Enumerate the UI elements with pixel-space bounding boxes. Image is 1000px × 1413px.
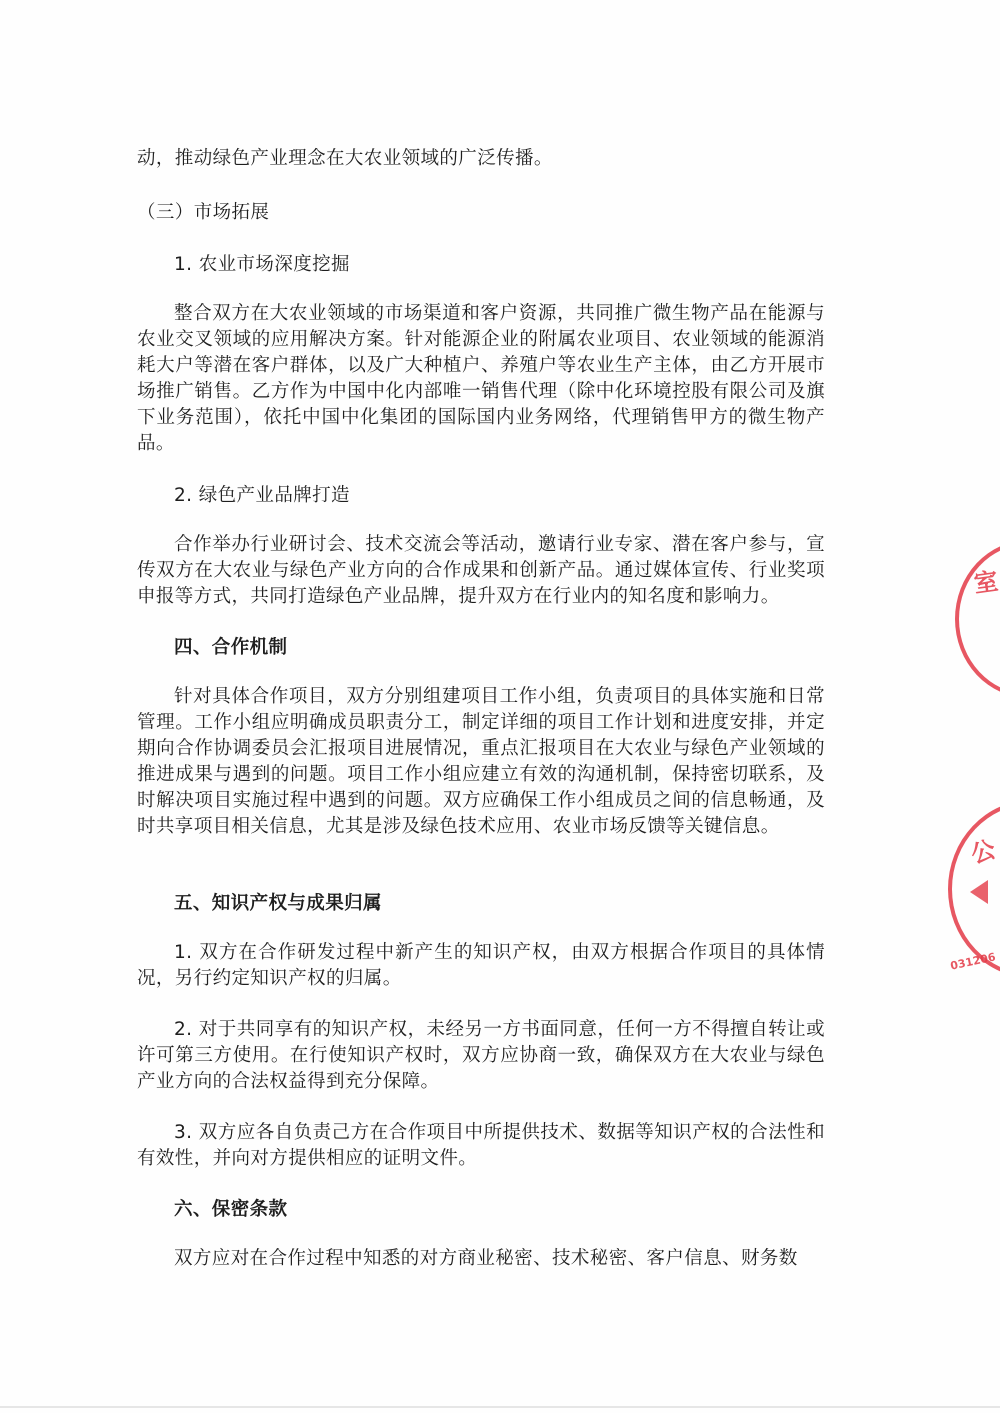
document-page: 动，推动绿色产业理念在大农业领域的广泛传播。 （三）市场拓展 1. 农业市场深度… — [0, 0, 1000, 1413]
subheading-market-expansion: （三）市场拓展 — [137, 200, 825, 226]
paragraph-ip-1: 1. 双方在合作研发过程中新产生的知识产权，由双方根据合作项目的具体情况，另行约… — [137, 940, 825, 992]
item-title-green-brand: 2. 绿色产业品牌打造 — [174, 483, 824, 509]
stamp-star-icon — [970, 880, 988, 904]
paragraph-continuation: 动，推动绿色产业理念在大农业领域的广泛传播。 — [137, 146, 825, 172]
paragraph-cooperation-mechanism: 针对具体合作项目，双方分别组建项目工作小组，负责项目的具体实施和日常管理。工作小… — [137, 684, 825, 840]
section-heading-cooperation-mechanism: 四、合作机制 — [174, 635, 824, 661]
section-heading-ip: 五、知识产权与成果归属 — [174, 891, 824, 917]
paragraph-agri-market: 整合双方在大农业领域的市场渠道和客户资源，共同推广微生物产品在能源与农业交叉领域… — [137, 301, 825, 457]
paragraph-ip-2: 2. 对于共同享有的知识产权，未经另一方书面同意，任何一方不得擅自转让或许可第三… — [137, 1017, 825, 1095]
stamp-number: 031206 — [949, 950, 997, 972]
paragraph-ip-3: 3. 双方应各自负责己方在合作项目中所提供技术、数据等知识产权的合法性和有效性，… — [137, 1120, 825, 1172]
paragraph-confidentiality: 双方应对在合作过程中知悉的对方商业秘密、技术秘密、客户信息、财务数 — [137, 1246, 825, 1272]
paragraph-green-brand: 合作举办行业研讨会、技术交流会等活动，邀请行业专家、潜在客户参与，宣传双方在大农… — [137, 532, 825, 610]
item-title-agri-market: 1. 农业市场深度挖掘 — [174, 252, 824, 278]
page-bottom-edge — [0, 1406, 1000, 1408]
section-heading-confidentiality: 六、保密条款 — [174, 1197, 824, 1223]
